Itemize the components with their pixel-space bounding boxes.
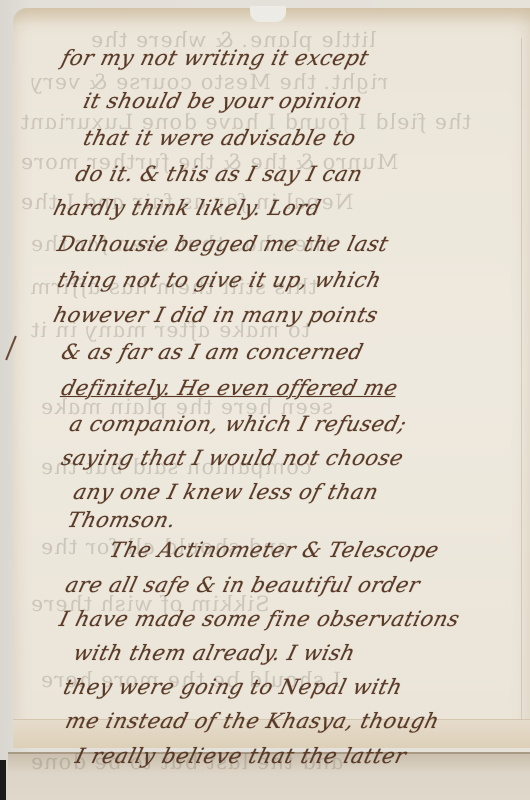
letter-line: definitely. He even offered me xyxy=(59,376,400,400)
margin-stroke xyxy=(5,336,17,361)
letter-line: thing not to give it up, which xyxy=(55,268,384,292)
handwritten-text: little plane. & where the right. the Mes… xyxy=(0,0,530,800)
letter-line: saying that I would not choose xyxy=(59,446,406,470)
letter-line: Dalhousie begged me the last xyxy=(55,232,391,256)
letter-line: that it were advisable to xyxy=(81,126,359,150)
letter-line: a companion, which I refused; xyxy=(67,412,409,436)
letter-line: for my not writing it except xyxy=(59,46,372,70)
letter-line: however I did in many points xyxy=(51,303,381,327)
letter-line: me instead of the Khasya, though xyxy=(63,709,442,733)
letter-line: do it. & this as I say I can xyxy=(73,162,365,186)
letter-line: hardly think likely. Lord xyxy=(51,196,324,220)
letter-line: I really believe that the latter xyxy=(73,744,409,768)
letter-line: The Actinometer & Telescope xyxy=(107,538,442,562)
letter-line: it should be your opinion xyxy=(81,89,365,113)
letter-line: & as far as I am concerned xyxy=(59,340,366,364)
letter-line: I have made some fine observations xyxy=(57,607,462,631)
letter-line: with them already. I wish xyxy=(71,641,358,665)
letter-line: Thomson. xyxy=(65,508,179,532)
letter-line: they were going to Nepal with xyxy=(61,675,405,699)
letter-line: any one I knew less of than xyxy=(71,480,381,504)
letter-line: are all safe & in beautiful order xyxy=(63,573,423,597)
